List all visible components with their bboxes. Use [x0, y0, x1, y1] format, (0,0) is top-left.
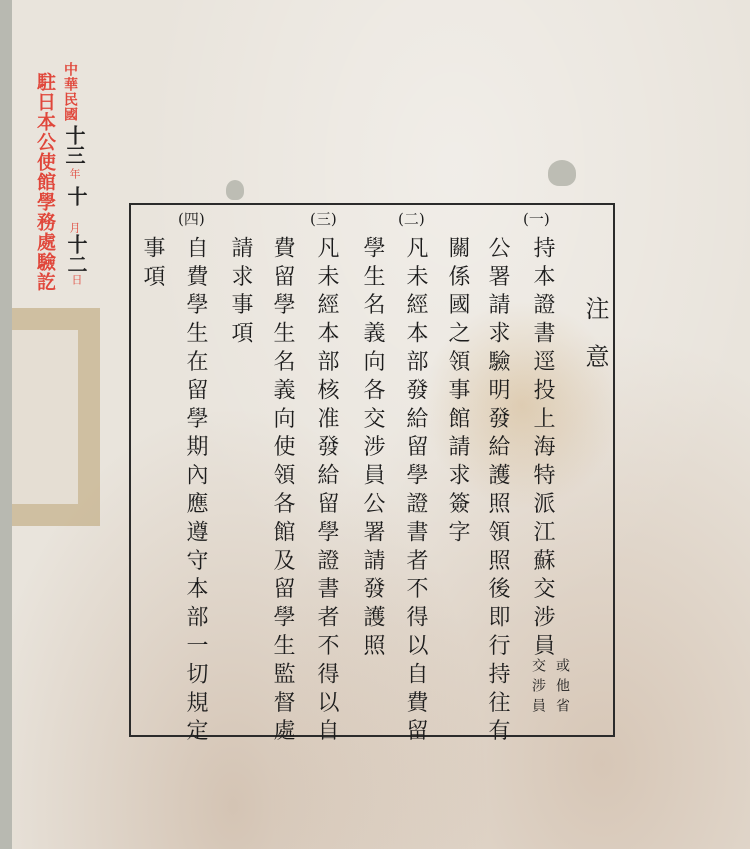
stamp-office-text: 駐日本公使館學務處驗訖 [34, 72, 56, 292]
notice-title: 注意 [578, 296, 613, 392]
stamp-era-text: 中華民國 [62, 62, 78, 122]
item-number-1: (一) [523, 208, 550, 229]
item-number-3: (三) [310, 208, 337, 229]
handwritten-month: 十 [62, 186, 91, 206]
stamp-day-unit: 日 [68, 274, 84, 285]
tape-residue-stain [12, 308, 100, 526]
item-3-column-1: 凡未經本部核准發給留學證書者不得以自 [314, 236, 338, 747]
item-3-column-3: 請求事項 [228, 236, 252, 350]
item-number-2: (二) [398, 208, 425, 229]
item-1-column-3: 關係國之領事館請求簽字 [445, 236, 469, 548]
item-2-column-1: 凡未經本部發給留學證書者不得以自費留 [403, 236, 427, 747]
item-1-note-2: 交涉員 [530, 658, 546, 718]
item-4-column-1: 自費學生在留學期內應遵守本部一切規定 [183, 236, 207, 747]
paper-hole [226, 180, 244, 200]
item-3-column-2: 費留學生名義向使領各館及留學生監督處 [270, 236, 294, 747]
item-number-4: (四) [178, 208, 205, 229]
stamp-month-unit: 月 [66, 222, 82, 233]
paper-hole [548, 160, 576, 186]
item-2-column-2: 學生名義向各交涉員公署請發護照 [360, 236, 384, 662]
item-1-column-2: 公署請求驗明發給護照領照後即行持往有 [485, 236, 509, 747]
handwritten-day: 十二 [62, 234, 91, 274]
item-1-note-1: 或他省 [554, 658, 570, 718]
item-4-column-2: 事項 [140, 236, 164, 293]
item-1-column-1: 持本證書逕投上海特派江蘇交涉員 [530, 236, 554, 662]
handwritten-year: 十三 [60, 125, 89, 165]
stamp-year-unit: 年 [66, 168, 82, 179]
